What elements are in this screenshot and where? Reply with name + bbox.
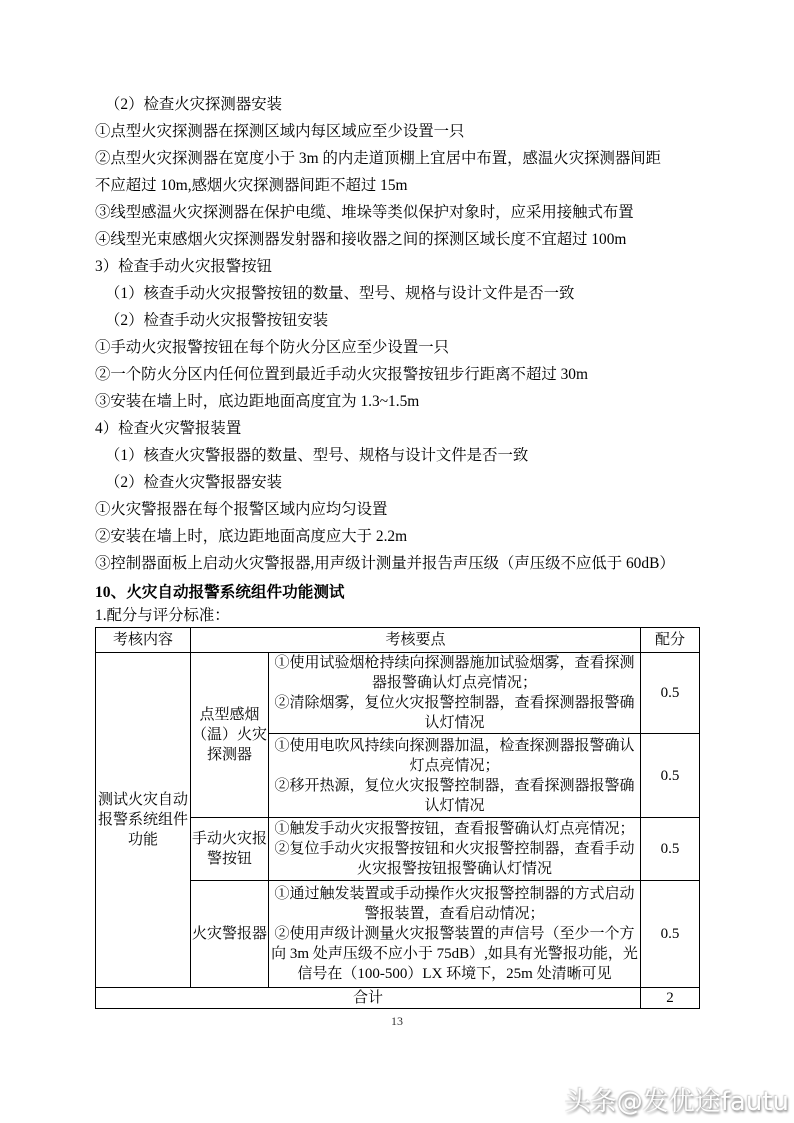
group-label-cell: 测试火灾自动报警系统组件功能: [96, 653, 191, 988]
points-item: ①触发手动火灾报警按钮，查看报警确认灯点亮情况；: [269, 819, 640, 839]
table-intro: 1.配分与评分标准：: [95, 605, 230, 627]
body-line: ②安装在墙上时，底边距地面高度应大于 2.2m: [95, 523, 735, 550]
total-score-cell: 2: [641, 988, 700, 1009]
header-cell-content: 考核内容: [96, 628, 191, 653]
table-row: 测试火灾自动报警系统组件功能 点型感烟（温）火灾探测器 ①使用试验烟枪持续向探测…: [96, 653, 700, 734]
watermark: 头条@发优途fautu: [565, 1081, 789, 1118]
points-item: ②移开热源，复位火灾报警控制器，查看探测器报警确认灯情况: [269, 776, 640, 816]
body-line: ①火灾警报器在每个报警区域内应均匀设置: [95, 496, 735, 523]
device-cell: 点型感烟（温）火灾探测器: [191, 653, 269, 818]
total-label-cell: 合计: [96, 988, 641, 1009]
points-cell: ①通过触发装置或手动操作火灾报警控制器的方式启动警报装置，查看启动情况； ②使用…: [269, 881, 641, 988]
body-line: ③线型感温火灾探测器在保护电缆、堆垛等类似保护对象时，应采用接触式布置: [95, 199, 735, 226]
body-line: 3）检查手动火灾报警按钮: [95, 253, 735, 280]
body-line: 4）检查火灾警报装置: [95, 415, 735, 442]
section-heading: 10、火灾自动报警系统组件功能测试: [95, 581, 345, 605]
body-line: （2）检查火灾探测器安装: [95, 91, 735, 118]
body-line: ①点型火灾探测器在探测区域内每区域应至少设置一只: [95, 118, 735, 145]
score-cell: 0.5: [641, 653, 700, 734]
score-cell: 0.5: [641, 881, 700, 988]
points-item: ②复位手动火灾报警按钮和火灾报警控制器，查看手动火灾报警按钮报警确认灯情况: [269, 839, 640, 879]
body-line: ②一个防火分区内任何位置到最近手动火灾报警按钮步行距离不超过 30m: [95, 361, 735, 388]
points-item: ②清除烟雾，复位火灾报警控制器，查看探测器报警确认灯情况: [269, 693, 640, 733]
body-line: ③控制器面板上启动火灾警报器,用声级计测量并报告声压级（声压级不应低于 60dB…: [95, 550, 735, 577]
body-line: ②点型火灾探测器在宽度小于 3m 的内走道顶棚上宜居中布置，感温火灾探测器间距: [95, 145, 735, 172]
points-item: ①使用电吹风持续向探测器加温，检查探测器报警确认灯点亮情况；: [269, 736, 640, 776]
points-cell: ①使用试验烟枪持续向探测器施加试验烟雾，查看探测器报警确认灯点亮情况； ②清除烟…: [269, 653, 641, 734]
score-table: 考核内容 考核要点 配分 测试火灾自动报警系统组件功能 点型感烟（温）火灾探测器…: [95, 627, 700, 1009]
body-line: （1）核查手动火灾报警按钮的数量、型号、规格与设计文件是否一致: [95, 280, 735, 307]
body-line: ④线型光束感烟火灾探测器发射器和接收器之间的探测区域长度不宜超过 100m: [95, 226, 735, 253]
body-line: 不应超过 10m,感烟火灾探测器间距不超过 15m: [95, 172, 735, 199]
body-line: （1）核查火灾警报器的数量、型号、规格与设计文件是否一致: [95, 442, 735, 469]
points-item: ①使用试验烟枪持续向探测器施加试验烟雾，查看探测器报警确认灯点亮情况；: [269, 653, 640, 693]
points-cell: ①使用电吹风持续向探测器加温，检查探测器报警确认灯点亮情况； ②移开热源，复位火…: [269, 734, 641, 818]
document-page: （2）检查火灾探测器安装 ①点型火灾探测器在探测区域内每区域应至少设置一只 ②点…: [0, 0, 794, 1123]
device-cell: 火灾警报器: [191, 881, 269, 988]
points-item: ②使用声级计测量火灾报警装置的声信号（至少一个方向 3m 处声压级不应小于 75…: [269, 924, 640, 984]
body-line: （2）检查火灾警报器安装: [95, 469, 735, 496]
device-cell: 手动火灾报警按钮: [191, 818, 269, 881]
body-line: ①手动火灾报警按钮在每个防火分区应至少设置一只: [95, 334, 735, 361]
score-cell: 0.5: [641, 818, 700, 881]
table-footer-row: 合计 2: [96, 988, 700, 1009]
points-item: ①通过触发装置或手动操作火灾报警控制器的方式启动警报装置，查看启动情况；: [269, 884, 640, 924]
points-cell: ①触发手动火灾报警按钮，查看报警确认灯点亮情况； ②复位手动火灾报警按钮和火灾报…: [269, 818, 641, 881]
table-header-row: 考核内容 考核要点 配分: [96, 628, 700, 653]
header-cell-points: 考核要点: [191, 628, 641, 653]
body-text-block: （2）检查火灾探测器安装 ①点型火灾探测器在探测区域内每区域应至少设置一只 ②点…: [95, 91, 735, 577]
body-line: ③安装在墙上时，底边距地面高度宜为 1.3~1.5m: [95, 388, 735, 415]
body-line: （2）检查手动火灾报警按钮安装: [95, 307, 735, 334]
header-cell-score: 配分: [641, 628, 700, 653]
page-number: 13: [0, 1014, 794, 1029]
score-cell: 0.5: [641, 734, 700, 818]
